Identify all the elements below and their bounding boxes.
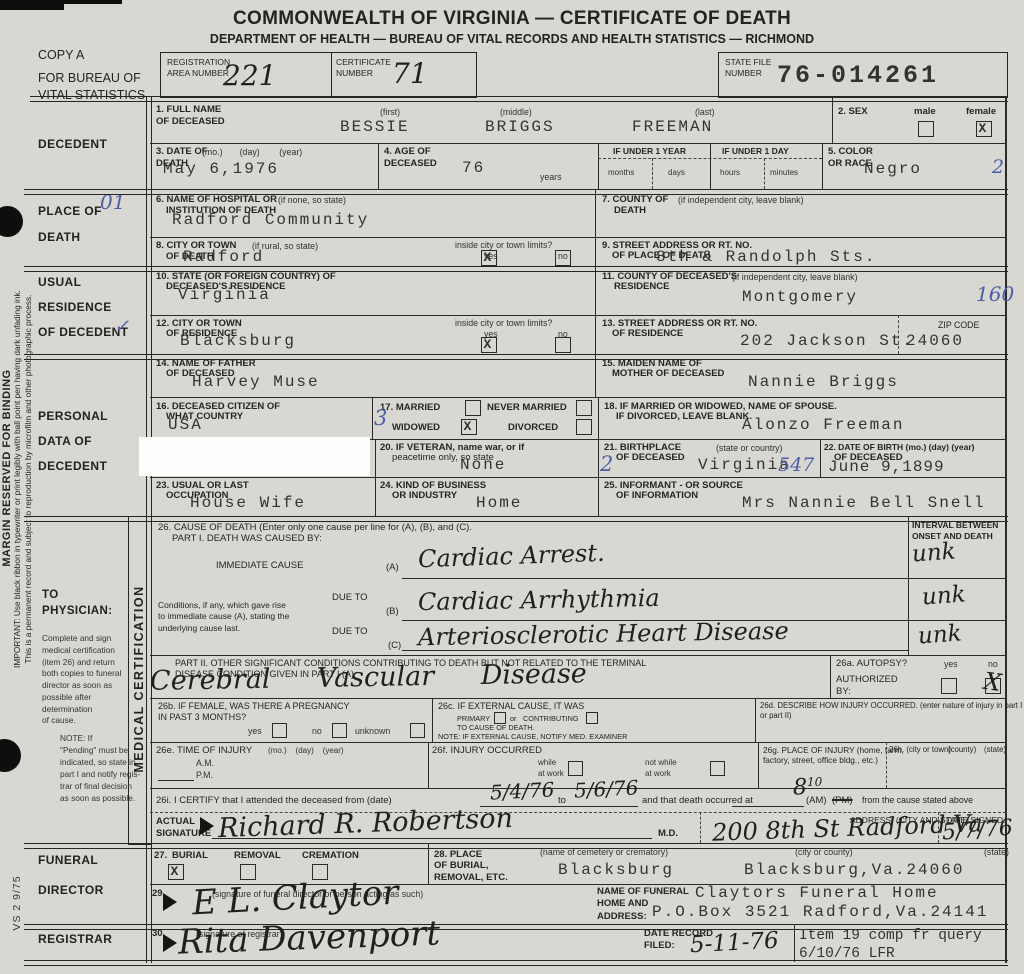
rule xyxy=(150,477,1006,478)
state-file-value: 76-014261 xyxy=(777,61,939,90)
rule xyxy=(150,237,1006,238)
last-name-value: FREEMAN xyxy=(632,118,713,136)
county-residence-value: Montgomery xyxy=(742,288,858,306)
removal-checkbox xyxy=(240,864,256,880)
business-value: Home xyxy=(476,494,522,512)
divider xyxy=(598,477,599,516)
date-signed-handwritten: 5/7/76 xyxy=(941,816,1013,846)
limits-no-checkbox xyxy=(555,250,571,266)
middle-name-value: BRIGGS xyxy=(485,118,555,136)
divider xyxy=(764,158,765,189)
divider xyxy=(375,439,376,477)
divider xyxy=(755,698,756,742)
county-death-label2: DEATH xyxy=(614,205,646,217)
under-1-year-label: IF UNDER 1 YEAR xyxy=(613,146,686,157)
occupation-value: House Wife xyxy=(190,494,306,512)
to-cause-label: TO CAUSE OF DEATH. xyxy=(457,723,535,732)
city-death-value: Radford xyxy=(183,248,264,266)
birthplace-label2: OF DECEASED xyxy=(616,452,685,464)
rule xyxy=(150,742,1006,743)
certificate-number-box: CERTIFICATE NUMBER 71 xyxy=(330,52,477,98)
rule xyxy=(150,655,1006,656)
divider xyxy=(710,143,711,189)
age-years-label: years xyxy=(540,172,562,182)
physician-note: Complete and sign medical certification … xyxy=(42,633,121,727)
divider xyxy=(595,354,596,397)
part1-label: PART I. DEATH WAS CAUSED BY: xyxy=(172,533,322,545)
time-underline xyxy=(732,806,804,807)
place-burial-label: 28. PLACE OF BURIAL, REMOVAL, ETC. xyxy=(434,849,508,883)
residence-no-checkbox xyxy=(555,337,571,353)
am-label: A.M. xyxy=(196,758,214,768)
attended-to-handwritten: 5/6/76 xyxy=(573,775,639,802)
certificate-label: CERTIFICATE NUMBER xyxy=(336,57,391,78)
color-race-value: Negro xyxy=(864,160,922,178)
sex-female-label: female xyxy=(966,106,996,118)
describe-injury-label: 26d. DESCRIBE HOW INJURY OCCURRED. (ente… xyxy=(760,701,1024,720)
county-code-handwritten: 160 xyxy=(976,282,1014,306)
cremation-label: CREMATION xyxy=(302,850,359,862)
divider xyxy=(794,924,795,962)
state-file-label: STATE FILE NUMBER xyxy=(725,57,771,78)
redaction-box xyxy=(139,437,370,476)
mother-value: Nannie Briggs xyxy=(748,373,899,391)
divider xyxy=(598,158,822,159)
widowed-label: WIDOWED xyxy=(392,422,440,434)
street-residence-value: 202 Jackson St. xyxy=(740,332,914,350)
spouse-label2: IF DIVORCED, LEAVE BLANK. xyxy=(616,411,752,423)
divider xyxy=(595,266,596,354)
page-subtitle: DEPARTMENT OF HEALTH — BUREAU OF VITAL R… xyxy=(0,32,1024,46)
contributing-checkbox xyxy=(586,712,598,724)
divider xyxy=(832,98,833,143)
divider xyxy=(432,698,433,742)
burial-label: BURIAL xyxy=(172,850,208,862)
contributing-label: CONTRIBUTING xyxy=(523,714,579,723)
divider xyxy=(598,397,599,439)
section-registrar: REGISTRAR xyxy=(38,926,112,952)
dob-value: June 9,1899 xyxy=(828,458,945,476)
birthplace-value: Virginia xyxy=(698,456,791,474)
funeral-home-name: Claytors Funeral Home xyxy=(695,884,939,902)
widowed-checkbox xyxy=(461,419,477,435)
time-injury-hints: (mo.) (day) (year) xyxy=(268,746,344,755)
registration-value: 221 xyxy=(223,59,276,92)
cause-a-letter: (A) xyxy=(386,562,399,574)
race-code-handwritten: 2 xyxy=(992,156,1004,178)
middle-hint: (middle) xyxy=(500,107,532,117)
city-residence-value: Blacksburg xyxy=(180,332,296,350)
interval-c-handwritten: unk xyxy=(917,621,962,650)
sex-male-checkbox xyxy=(918,121,934,137)
while-at-work-label: while at work xyxy=(538,757,564,779)
signature-underline xyxy=(212,838,652,839)
primary-label: PRIMARY xyxy=(457,714,490,723)
citizen-value: USA xyxy=(168,416,203,434)
injury-city-label: 26h. (city or town) xyxy=(889,745,951,755)
last-hint: (last) xyxy=(695,107,715,117)
burial-state-hint: (state) xyxy=(984,847,1009,857)
authorized-by-label: AUTHORIZED BY: xyxy=(836,674,898,698)
married-checkbox xyxy=(465,400,481,416)
father-value: Harvey Muse xyxy=(192,373,320,391)
spouse-value: Alonzo Freeman xyxy=(742,416,904,434)
registrar-signature-handwritten: Rita Davenport xyxy=(177,913,440,962)
certify-text: 26i. I CERTIFY that I attended the decea… xyxy=(156,795,392,807)
never-married-checkbox xyxy=(576,400,592,416)
divider xyxy=(820,439,821,477)
registration-area-box: REGISTRATION AREA NUMBER 221 xyxy=(160,52,332,98)
cause-c-letter: (C) xyxy=(388,640,401,652)
divider xyxy=(595,189,596,266)
injury-occurred-label: 26f. INJURY OCCURRED xyxy=(432,745,542,757)
margin-important-label: IMPORTANT: Use black ribbon in typewrite… xyxy=(12,290,34,668)
section-to-physician: TO PHYSICIAN: xyxy=(42,587,112,619)
pm-option-struck: (PM) xyxy=(832,795,853,807)
registrar-signature-arrow-icon xyxy=(163,934,177,952)
cause-c-handwritten: Arteriosclerotic Heart Disease xyxy=(418,617,789,651)
box27-number: 27. xyxy=(154,850,167,862)
street-residence-label2: OF RESIDENCE xyxy=(612,328,683,340)
date-filed-handwritten: 5-11-76 xyxy=(689,928,779,959)
section-personal-data: PERSONAL DATA OF DECEDENT xyxy=(38,404,108,480)
business-label2: OR INDUSTRY xyxy=(392,490,457,502)
limits-yes-checkbox xyxy=(481,250,497,266)
burial-city-hint: (city or county) xyxy=(795,847,853,857)
divorced-checkbox xyxy=(576,419,592,435)
funeral-home-address: P.O.Box 3521 Radford,Va.24141 xyxy=(652,903,988,921)
residence-checkmark: ✓ xyxy=(114,316,129,337)
scan-artifact xyxy=(0,0,122,4)
rule xyxy=(24,843,1008,849)
autopsy-yes-label: yes xyxy=(944,659,958,669)
death-time-sup: 10 xyxy=(807,775,822,789)
form-code-label: VS 2 9/75 xyxy=(11,875,23,930)
state-residence-value: Virginia xyxy=(178,286,271,304)
hospital-value: Radford Community xyxy=(172,211,369,229)
sex-female-checkbox xyxy=(976,121,992,137)
rule xyxy=(24,516,1008,522)
autopsy-label: 26a. AUTOPSY? xyxy=(836,658,907,670)
county-residence-label2: RESIDENCE xyxy=(614,281,669,293)
residence-limits-label: inside city or town limits? xyxy=(455,318,552,328)
divider xyxy=(652,158,653,189)
never-married-label: NEVER MARRIED xyxy=(487,402,567,414)
margin-important-text: IMPORTANT: Use black ribbon in typewrite… xyxy=(11,199,35,759)
divider xyxy=(598,439,599,477)
death-time-value: 8 xyxy=(793,775,807,800)
birthplace-hint: (state or country) xyxy=(716,443,783,453)
injury-county-label: (county) xyxy=(948,745,976,755)
divider xyxy=(428,742,429,788)
due-to-b-label: DUE TO xyxy=(332,592,368,604)
rule xyxy=(150,698,1006,699)
cause-b-letter: (B) xyxy=(386,606,399,618)
residence-yes-checkbox xyxy=(481,337,497,353)
full-name-label: 1. FULL NAME OF DECEASED xyxy=(156,104,225,128)
cemetery-value: Blacksburg xyxy=(558,861,674,879)
divider xyxy=(908,516,909,655)
amendment-note: Item 19 comp fr query 6/10/76 LFR xyxy=(799,927,982,963)
autopsy-yes-checkbox xyxy=(941,678,957,694)
sex-label: 2. SEX xyxy=(838,106,868,118)
cemetery-hint: (name of cemetery or crematory) xyxy=(540,847,668,857)
burial-city-value: Blacksburg,Va.24060 xyxy=(744,861,964,879)
time-blank-line xyxy=(158,780,194,781)
married-label: 17. MARRIED xyxy=(380,402,440,414)
certificate-value: 71 xyxy=(392,57,428,90)
time-injury-label: 26e. TIME OF INJURY xyxy=(156,745,252,757)
hours-label: hours xyxy=(720,168,740,177)
section-place-of-death: PLACE OF DEATH xyxy=(38,198,102,251)
copy-label: COPY A xyxy=(38,48,84,62)
pm-label: P.M. xyxy=(196,770,213,780)
sex-male-label: male xyxy=(914,106,936,118)
injury-state-label: (state) xyxy=(984,745,1006,755)
city-limits-label: inside city or town limits? xyxy=(455,240,552,250)
informant-label2: OF INFORMATION xyxy=(616,490,698,502)
state-file-box: STATE FILE NUMBER 76-014261 xyxy=(718,52,1008,98)
cause-a-handwritten: Cardiac Arrest. xyxy=(418,539,606,573)
pregnancy-label: 26b. IF FEMALE, WAS THERE A PREGNANCY IN… xyxy=(158,701,350,724)
page-title: COMMONWEALTH OF VIRGINIA — CERTIFICATE O… xyxy=(0,8,1024,30)
pregnancy-no-label: no xyxy=(312,726,322,736)
birthplace-code-handwritten: 547 xyxy=(778,454,814,476)
first-name-value: BESSIE xyxy=(340,118,410,136)
days-label: days xyxy=(668,168,685,177)
date-of-death-hints: (mo.) (day) (year) xyxy=(202,147,302,157)
county-residence-hint: (if independent city, leave blank) xyxy=(732,272,858,282)
zip-label: ZIP CODE xyxy=(938,320,979,331)
age-label: 4. AGE OF DECEASED xyxy=(384,146,437,170)
rule xyxy=(30,96,1008,102)
while-at-work-checkbox xyxy=(568,761,583,776)
section-funeral-director: FUNERAL DIRECTOR xyxy=(38,845,104,905)
under-1-day-label: IF UNDER 1 DAY xyxy=(722,146,789,157)
divider xyxy=(822,143,823,189)
place-injury-label: 26g. PLACE OF INJURY (home, farm, factor… xyxy=(763,745,904,766)
divider xyxy=(598,143,599,189)
divider xyxy=(700,812,701,843)
form-code: VS 2 9/75 xyxy=(9,863,25,943)
external-cause-label: 26c. IF EXTERNAL CAUSE, IT WAS xyxy=(438,701,584,712)
hospital-hint: (if none, so state) xyxy=(278,195,346,205)
age-value: 76 xyxy=(462,159,485,177)
veteran-value: None xyxy=(460,456,506,474)
rule xyxy=(150,143,1006,144)
burial-checkbox xyxy=(168,864,184,880)
md-label: M.D. xyxy=(658,828,678,840)
street-death-value: 8th & Randolph Sts. xyxy=(656,248,876,266)
veteran-code-handwritten: 2 xyxy=(600,452,613,476)
interval-a-handwritten: unk xyxy=(911,539,956,568)
rule xyxy=(150,397,1006,398)
cause-a-line xyxy=(402,578,1006,579)
first-hint: (first) xyxy=(380,107,400,117)
interval-label: INTERVAL BETWEEN ONSET AND DEATH xyxy=(912,520,998,541)
removal-label: REMOVAL xyxy=(234,850,281,862)
rule xyxy=(150,315,1006,316)
am-option: (AM) xyxy=(806,795,827,807)
divider xyxy=(375,477,376,516)
not-while-at-work-checkbox xyxy=(710,761,725,776)
external-cause-note: NOTE: IF EXTERNAL CAUSE, NOTIFY MED. EXA… xyxy=(438,732,627,741)
cause-b-handwritten: Cardiac Arrhythmia xyxy=(418,584,660,616)
medical-certification-label: MEDICAL CERTIFICATION xyxy=(132,585,146,772)
divider xyxy=(830,655,831,698)
pregnancy-unknown-checkbox xyxy=(410,723,425,738)
pregnancy-unknown-label: unknown xyxy=(355,726,390,736)
marital-code-handwritten: 3 xyxy=(374,406,387,430)
pregnancy-no-checkbox xyxy=(332,723,347,738)
pregnancy-yes-checkbox xyxy=(272,723,287,738)
interval-b-handwritten: unk xyxy=(921,582,966,611)
conditions-note: Conditions, if any, which gave rise to i… xyxy=(158,600,289,634)
minutes-label: minutes xyxy=(770,168,798,177)
immediate-cause-label: IMMEDIATE CAUSE xyxy=(216,560,303,572)
divider xyxy=(428,843,429,884)
mother-label2: MOTHER OF DECEASED xyxy=(612,368,724,380)
not-while-at-work-label: not while at work xyxy=(645,757,677,779)
county-death-hint: (if independent city, leave blank) xyxy=(678,195,804,205)
certify-post-text: from the cause stated above xyxy=(862,795,973,806)
divider xyxy=(758,742,759,788)
due-to-c-label: DUE TO xyxy=(332,626,368,638)
informant-value: Mrs Nannie Bell Snell xyxy=(742,494,986,512)
pregnancy-yes-label: yes xyxy=(248,726,262,736)
date-of-death-value: May 6,1976 xyxy=(163,160,279,178)
divider xyxy=(372,397,373,439)
attended-from-handwritten: 5/4/76 xyxy=(489,777,555,804)
death-certificate-page: MARGIN RESERVED FOR BINDING IMPORTANT: U… xyxy=(0,0,1024,974)
zip-value: 24060 xyxy=(906,332,964,350)
part2-handwritten: Cerebral Vascular Disease xyxy=(150,658,587,697)
section-decedent: DECEDENT xyxy=(38,131,107,157)
funeral-signature-arrow-icon xyxy=(163,893,177,911)
registration-label: REGISTRATION AREA NUMBER xyxy=(167,57,230,78)
months-label: months xyxy=(608,168,634,177)
signature-arrow-icon xyxy=(200,817,214,835)
divorced-label: DIVORCED xyxy=(508,422,558,434)
divider xyxy=(378,143,379,189)
or-label: or xyxy=(510,714,517,723)
form-left-border xyxy=(146,96,152,963)
